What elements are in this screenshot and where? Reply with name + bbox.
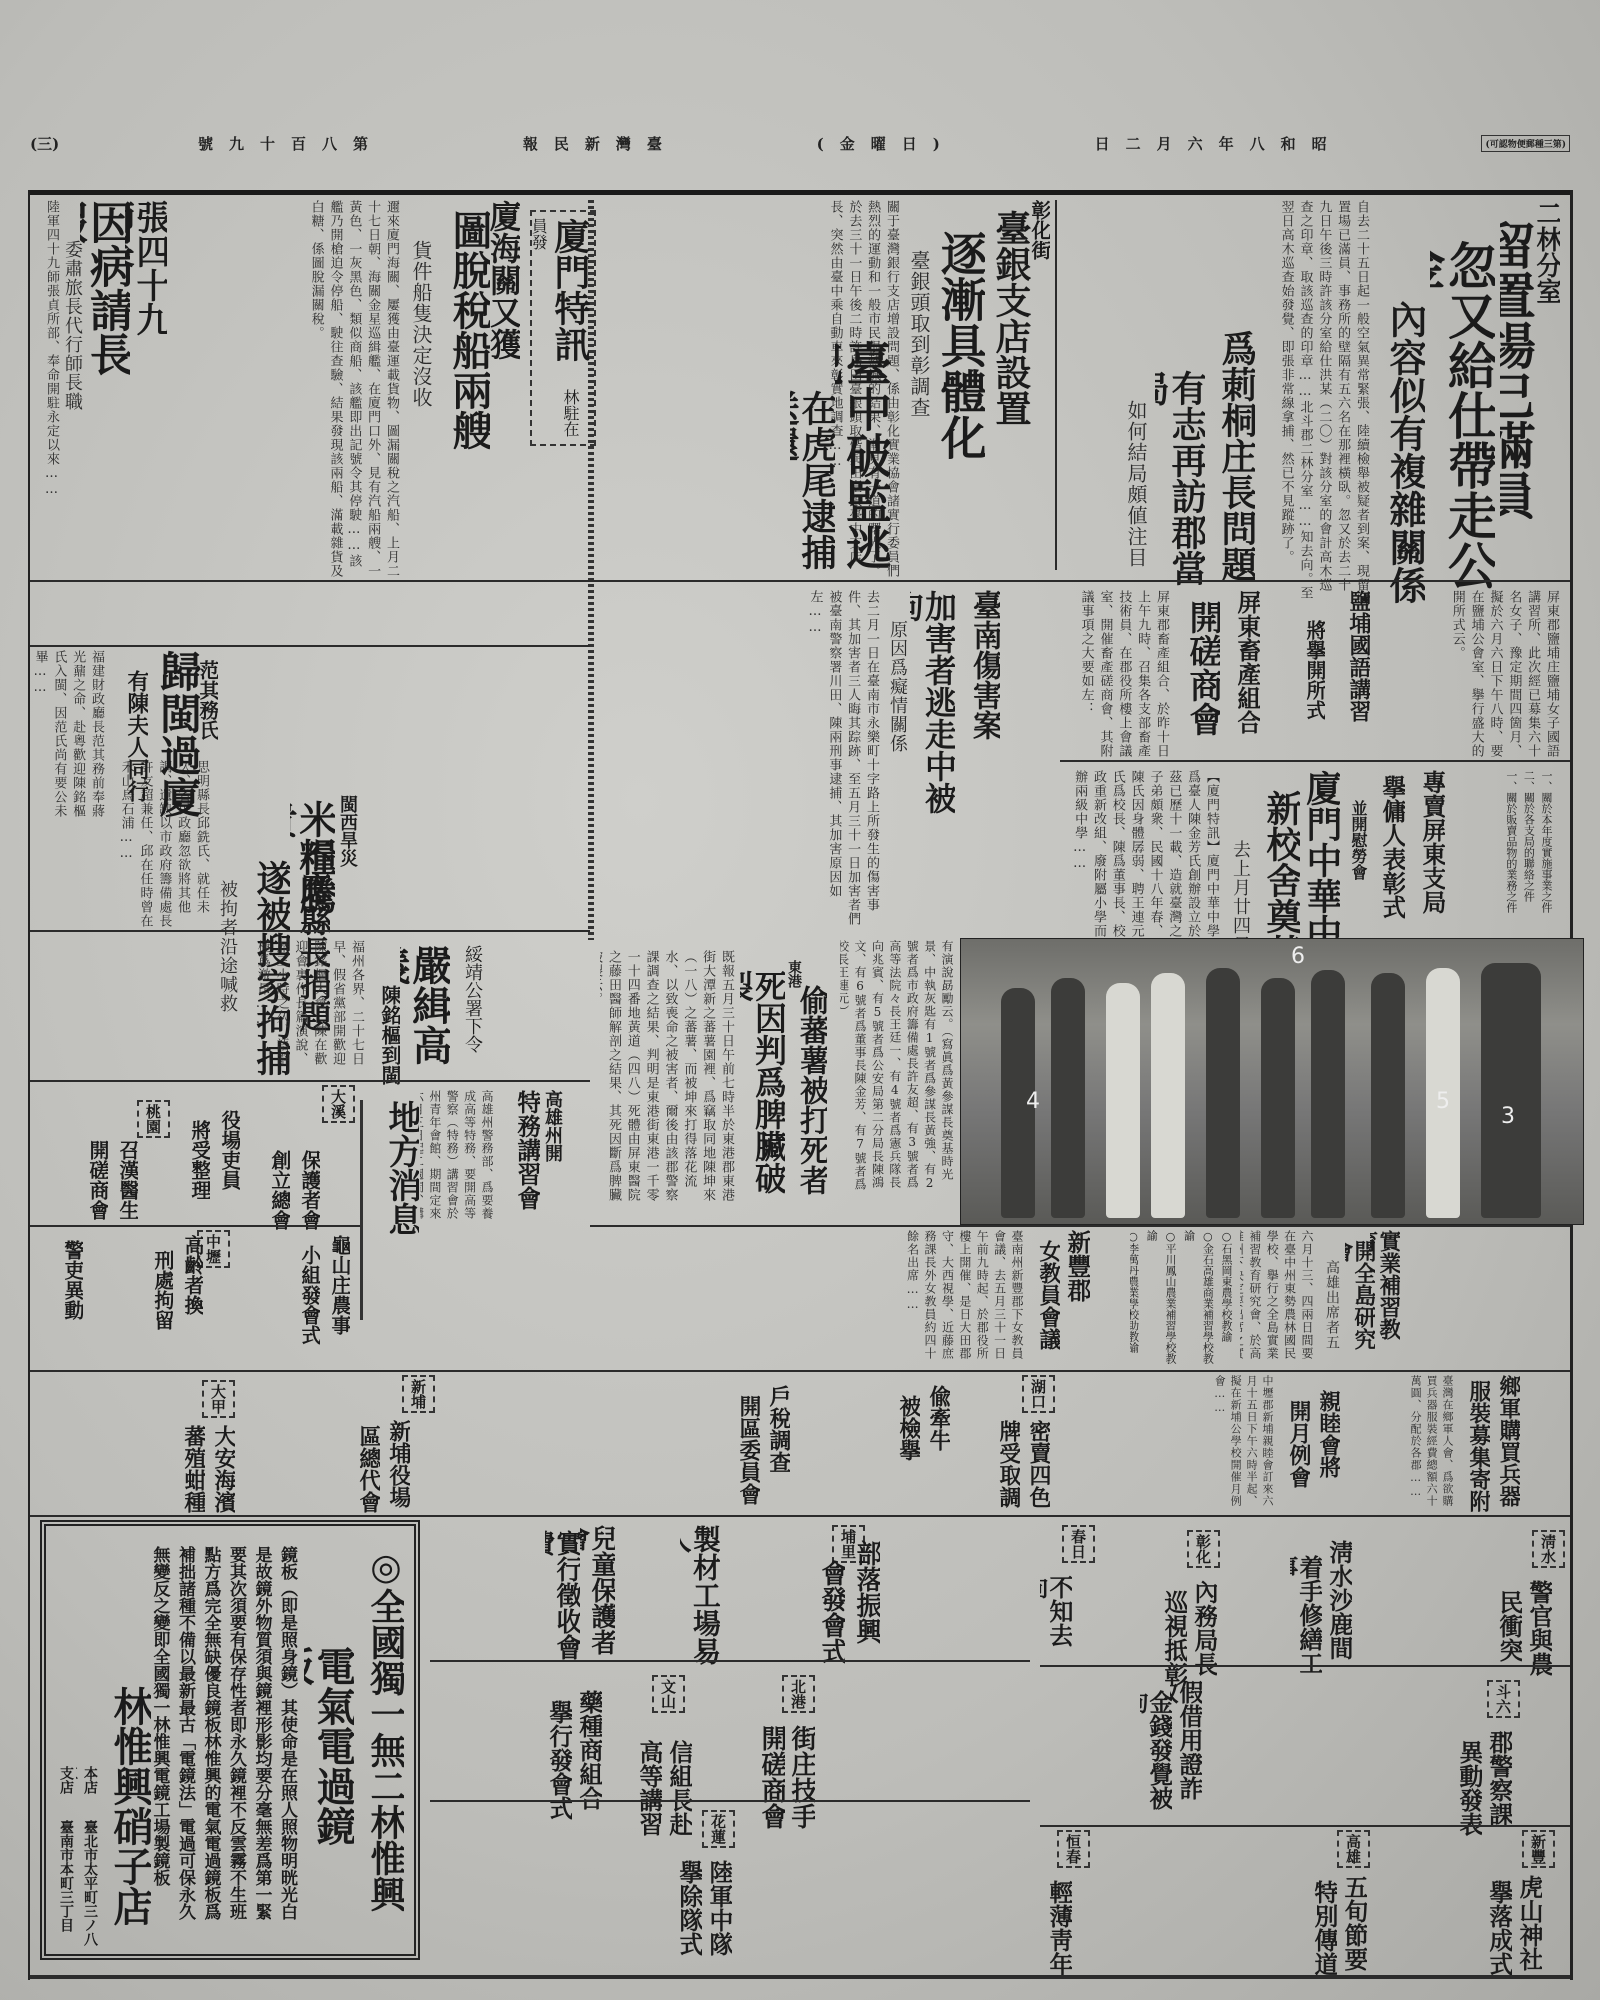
headline: 新埔役場 (380, 1420, 410, 1520)
headline: 嚴緝高義 (400, 945, 450, 1095)
section-rule (30, 1515, 1570, 1517)
list-item: ○李萬丹農業學校助教諭 (1130, 1230, 1142, 1370)
ad-body: 鏡板（即是照身鏡）其使命是在照人照物明晄光白是故鏡外物質須與鏡裡形影均要分毫無差… (129, 1546, 299, 1926)
section-rule (590, 1225, 1570, 1227)
section-rule (430, 1800, 1030, 1802)
photo-marker: 3 (1501, 1104, 1515, 1129)
column-rule (1055, 200, 1057, 570)
headline-2: 擧除隊式 (670, 1860, 702, 1970)
attendee-list: ○石黑岡東農學校教諭 ○金石高雄商業補習學校教諭 ○平川鳳山農業補習學校教諭 ○… (1130, 1230, 1235, 1370)
headline: 陸軍中隊 (700, 1860, 732, 1970)
section-rule (30, 930, 590, 932)
list-item: ○平川鳳山農業補習學校教諭 (1142, 1230, 1179, 1370)
section-rule (1060, 760, 1570, 762)
list-item: ○金石高雄商業補習學校教諭 (1179, 1230, 1216, 1370)
headline: 警吏異動 (55, 1240, 83, 1350)
label: 支店 (58, 1766, 74, 1794)
place-tag: 新埔 (402, 1375, 435, 1413)
headline-2: 因病請長假 (80, 200, 130, 390)
subhead: 委肅旅長代行師長職 (60, 240, 85, 480)
headline: 龜山庄農事 (320, 1235, 350, 1335)
headline: 虎山神社 (1510, 1875, 1542, 1975)
article-changhua-bank-headline: 彰化街 臺銀支店設置 (980, 200, 1050, 580)
headline: 張四十九師長 (125, 200, 167, 360)
article-body: 高雄州警務部、爲要養成高等特務、要開高等警察（特務）講習會於州青年會館、期間定來… (420, 1090, 495, 1220)
headline: 偷蕃薯被打死者 (785, 985, 827, 1205)
place-tag: 新豐 (1522, 1830, 1555, 1868)
byline: 范其務氏 (190, 660, 218, 780)
weekday: (金曜日) (817, 133, 956, 154)
masthead: (可認物便郵種三第) 日二月六年八和昭 (金曜日) 報民新灣臺 號九十百八第 (… (30, 128, 1570, 158)
photo-marker: 5 (1436, 1089, 1450, 1114)
headline-2: 逐漸具體化 (935, 230, 985, 460)
place-tag: 花蓮 (702, 1810, 735, 1848)
headline: 臺南傷害案 (960, 590, 1000, 750)
section-rule (30, 580, 1570, 582)
label: 本店 (82, 1766, 98, 1794)
article-body: 福建財政廳長范其務前奉蔣光鼐之命、赴粵歡迎陳銘樞氏入閩、因范氏尚有要公未畢…… (35, 650, 105, 820)
headline: 製材工場易人 (680, 1525, 720, 1665)
list-item: 二、關於各支局的聯絡之件 (1520, 770, 1538, 930)
headline-2: 會發會式 (810, 1560, 845, 1670)
headline-2: 圖脫稅船兩艘 (440, 210, 490, 470)
subhead: 將擧開所式 (1295, 620, 1325, 760)
headline: 郡警察課 (1480, 1730, 1512, 1840)
subhead: 貨件船隻決定沒收 (405, 240, 435, 480)
section-rule (1040, 1825, 1570, 1827)
section-rule (30, 645, 590, 647)
headline-2: 將受整理 (180, 1120, 210, 1230)
headline-2: 小組發會式 (290, 1245, 320, 1345)
photo-marker: 4 (1026, 1089, 1040, 1114)
article-body: 陸軍四十九師張貞所部、奉命開駐永定以來…… (35, 200, 60, 580)
bottom-rule (30, 1975, 1570, 1979)
headline-2: 擧傭人表彰式 (1370, 775, 1405, 935)
subhead: 有陳夫人同行 (110, 670, 148, 830)
headline: 鄉軍購買兵器 (1490, 1375, 1520, 1515)
ceremony-photo: 4 6 5 3 (960, 938, 1584, 1225)
headline: 專賣屏東支局 (1405, 770, 1445, 930)
place-tag: 斗六 (1487, 1680, 1520, 1718)
headline: 淸水沙鹿間 (1320, 1540, 1352, 1670)
subhead: 如何結局頗値注目 (1120, 400, 1150, 620)
shop-name: 林惟興硝子店 (101, 1686, 151, 1946)
article-body: 屏東郡畜產組合、於昨十日上午九時、召集各支部畜產技術員、在郡役所樓上會議室、開催… (1060, 590, 1170, 760)
headline: 街庄技手 (780, 1725, 815, 1835)
subhead: 原因爲癡情關係 (885, 620, 910, 800)
headline-2: 有志再訪郡當局 (1155, 370, 1205, 620)
section-rule (30, 1080, 590, 1082)
article-body: 既報五月三十日午前七時半於東港郡東港街大潭新之蕃薯園裡、爲竊取同地陳坤來（一八）… (600, 950, 735, 1210)
photo-caption: 有演說勗勵云。（寫眞爲黃參謀長奠基時光景、中執灰匙有1號者爲參謀長黃強、有2號者… (840, 940, 955, 1200)
postal-note: (可認物便郵種三第) (1481, 135, 1570, 152)
article-body: 屏東郡鹽埔庄鹽埔女子國語講習所、此次經已募集六十名女子、豫定期間四箇月、擬於六月… (1380, 590, 1560, 760)
kicker: 彰化街 (1029, 200, 1050, 580)
subhead: 並開慰勞會 (1350, 800, 1370, 920)
title: 廈門特訊 (549, 218, 591, 362)
place-tag: 北港 (782, 1675, 815, 1713)
article-body: 邇來廈門海關、屢獲由臺運載貨物、圖漏關稅之汽船、上月二十七日朝、海關金星巡緝艦、… (165, 200, 400, 580)
headline: 密賣四色 (1020, 1420, 1050, 1520)
headline: 兒童保護者會 (580, 1525, 615, 1665)
headline: 屏東畜產組合 (1220, 590, 1260, 760)
branch-store-address: 支店 臺南市本町三丁目 (52, 1766, 76, 1946)
headline: 保護者會 (290, 1150, 320, 1250)
advertisement-lin-weixing: ◎全國獨一無二林惟興 電氣電過鏡板!!! 鏡板（即是照身鏡）其使命是在照人照物明… (40, 1520, 420, 1960)
place-tag: 春日 (1062, 1525, 1095, 1563)
headline-2: 實行徵收會費 (545, 1530, 580, 1670)
headline: 大安海濱 (205, 1425, 235, 1525)
local-news-banner: 地方消息 (360, 1100, 419, 1320)
headline: 信組長赴 (660, 1740, 692, 1850)
headline-2: 牌受取調 (990, 1420, 1020, 1520)
article-body: 福州各界、二十七日早、假省黨部開歡迎陳銘樞大會、陳在歡迎會裏作長篇演說、歷三小時… (35, 940, 365, 1070)
headline: 部落振興 (845, 1540, 880, 1670)
headline: 鹽埔國語講習 (1325, 590, 1370, 760)
headline: 役場吏員 (210, 1110, 240, 1220)
subhead: 臺銀頭取到彰調查 (905, 250, 933, 490)
place-tag: 高雄 (1337, 1830, 1370, 1868)
headline-2: 金錢發覺被拘 (1140, 1690, 1172, 1830)
list-item: 一、關於本年度實施事業之件 (1537, 770, 1555, 930)
headline: 臺銀支店設置 (991, 210, 1029, 580)
main-store-address: 本店 臺北市太平町三ノ八三 (76, 1766, 100, 1946)
headline: 高齡者換 (175, 1235, 203, 1335)
amoy-special-dispatch-box: 廈門特訊 林駐在員發 (530, 210, 596, 446)
kicker: 高雄州開 (540, 1090, 565, 1200)
headline-2: 開全島研究會 (1345, 1240, 1375, 1370)
headline-2: 忽又給仕帶走公金 (1430, 240, 1495, 620)
kicker: 二林分室 (1533, 200, 1560, 600)
headline: 留置場已滿員 (1500, 220, 1533, 600)
subhead: 陳銘樞到閩 (370, 985, 400, 1105)
headline-2: 蕃殖蚶種 (175, 1425, 205, 1525)
place-tag: 大溪 (322, 1085, 355, 1123)
headline-2: 高等講習 (630, 1740, 662, 1850)
headline: 偸牽牛 (920, 1385, 950, 1485)
headline-2: 被檢擧 (890, 1395, 920, 1495)
headline-2: 擧落成式 (1480, 1880, 1512, 1980)
address: 臺南市本町三丁目 (58, 1820, 74, 1932)
headline-2: 女教員會議 (1030, 1240, 1060, 1360)
headline-2: 服裝募集寄附 (1460, 1380, 1490, 1520)
headline-2: 擧行發會式 (540, 1700, 572, 1840)
article-body: 六月十三、四兩日間要在臺中州東勢農林國民學校、擧行之全島實業補習教育研究會、於高… (1240, 1230, 1315, 1370)
article-body: 【廈門特訊】廈門中華中學爲臺人陳金芳氏創辦設立於茲已歷十一載、造就臺灣之子弟頗衆… (1010, 770, 1220, 940)
headline-2: 加害者逃走中被拘 (910, 590, 955, 830)
subhead: 高雄出席者五名 (1320, 1260, 1342, 1360)
headline: 親睦會將 (1310, 1390, 1340, 1500)
place-tag: 淸水 (1532, 1530, 1565, 1568)
headline-2: 開磋商會 (1175, 600, 1220, 760)
ad-headline: ◎全國獨一無二林惟興 (354, 1546, 404, 1946)
kicker: 綏靖公署下令 (455, 945, 485, 1085)
section-rule (430, 1660, 1030, 1662)
headline: 輕薄靑年 (1040, 1880, 1072, 1980)
section-rule (30, 1370, 1570, 1372)
headline: 新豐郡 (1060, 1230, 1090, 1330)
place-tag: 彰化 (1187, 1530, 1220, 1568)
headline: 假借用證詐取 (1170, 1680, 1202, 1820)
place-tag: 大甲 (202, 1380, 235, 1418)
headline-2: 異動發表 (1450, 1740, 1482, 1850)
photo-marker: 6 (1291, 944, 1305, 969)
place-tag: 湖口 (1022, 1375, 1055, 1413)
headline-2: 刑處拘留 (145, 1250, 173, 1350)
headline: 戶稅調查 (760, 1385, 790, 1485)
headline: 爲莿桐庄長問題 (1205, 330, 1255, 620)
date: 日二月六年八和昭 (1095, 133, 1343, 154)
headline-2: 開區委員會 (730, 1395, 760, 1505)
article-body: 中壢郡新埔親睦會訂來六月十五日下午六時半起、擬在新埔公學校開催月例會…… (1170, 1375, 1275, 1515)
list-item: ○石黑岡東農學校教諭 (1216, 1230, 1235, 1370)
headline: 藥種商組合 (570, 1690, 602, 1830)
headline-2: 民衝突 (1490, 1590, 1522, 1690)
agenda-list: 一、關於本年度實施事業之件 二、關於各支局的聯絡之件 一、關於販賣品物的業務之件 (1455, 770, 1555, 930)
headline: 臺中破監逃犯 (835, 340, 890, 580)
headline-2: 創立總會 (260, 1150, 290, 1250)
subhead: 內容似有複雜關係 (1375, 300, 1425, 620)
headline-2: 開月例會 (1280, 1400, 1310, 1510)
place-tag: 文山 (652, 1675, 685, 1713)
headline-2: 巡視抵彰 (1155, 1590, 1187, 1690)
headline: 特務講習會 (500, 1090, 540, 1220)
newspaper-page: (可認物便郵種三第) 日二月六年八和昭 (金曜日) 報民新灣臺 號九十百八第 (… (0, 0, 1600, 2000)
place-tag: 桃園 (137, 1100, 170, 1138)
list-item: 一、關於販賣品物的業務之件 (1502, 770, 1520, 930)
headline-2: 開磋商會 (750, 1725, 785, 1835)
headline: 五旬節要 (1335, 1875, 1367, 1975)
ad-headline-2: 電氣電過鏡板!!! (304, 1646, 354, 1946)
place-tag: 恒春 (1057, 1830, 1090, 1868)
headline-2: 在虎尾逮捕送還 (790, 390, 835, 590)
page-number: (三) (30, 133, 59, 154)
article-wenshan: 文山 (640, 1675, 685, 1735)
headline-2: 死因判爲脾臟破裂 (740, 970, 785, 1210)
headline-2: 特別傳道 (1305, 1880, 1337, 1980)
issue-number: 號九十百八第 (198, 133, 384, 154)
article-body: 臺灣在鄉軍人會、爲欲購買兵器服裝經費總額六十萬圓、分配於各郡…… (1390, 1375, 1455, 1515)
rice-headline: 米糧騰貴 (290, 800, 335, 930)
paper-name: 報民新灣臺 (523, 133, 678, 154)
article-erlin-headline: 二林分室 留置場已滿員 (1500, 200, 1560, 600)
article-body: 去二月一日在臺南市永樂町十字路上所發生的傷害事件、其加害者三人晦其踪跡、至五月三… (600, 590, 880, 930)
section-rule (30, 1225, 360, 1227)
headline-2: 區總代會 (350, 1425, 380, 1525)
article-body: 臺南州新豐郡下女教員會議、去五月三十一日午前九時起、於郡役所樓上開催、是日大田郡… (900, 1230, 1025, 1365)
section-rule (1040, 1665, 1570, 1667)
headline: 不知去向 (1040, 1575, 1072, 1665)
